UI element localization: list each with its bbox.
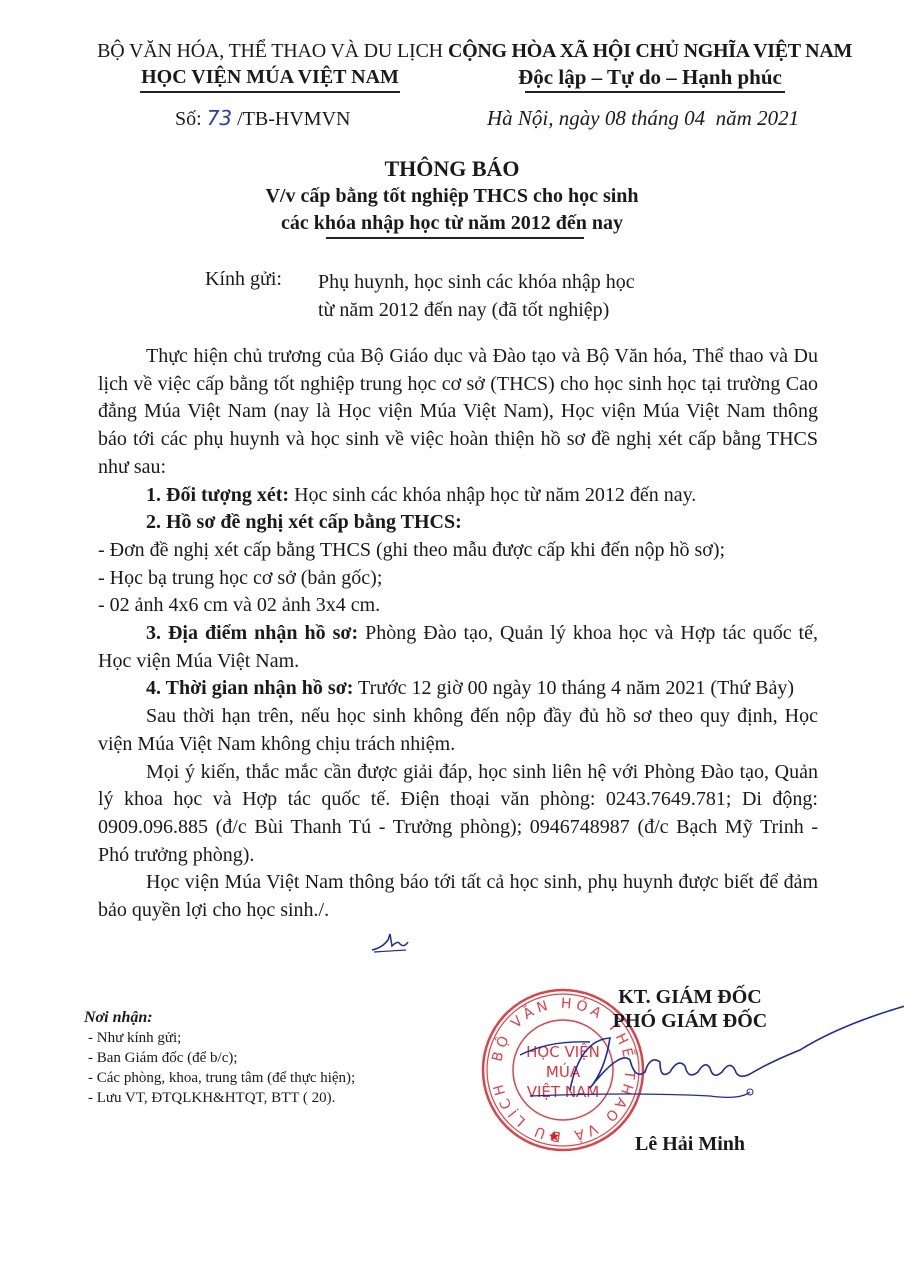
academy-name: HỌC VIỆN MÚA VIỆT NAM (80, 64, 460, 90)
header-left-divider (140, 91, 400, 93)
signer-name: Lê Hải Minh (590, 1133, 790, 1156)
document-subject-line-2: các khóa nhập học từ năm 2012 đến nay (0, 210, 904, 237)
document-number: Số: 73 /TB-HVMVN (175, 106, 350, 131)
requirement-item: - Đơn đề nghị xét cấp bằng THCS (ghi the… (98, 537, 818, 565)
document-title-block: THÔNG BÁO V/v cấp bằng tốt nghiệp THCS c… (0, 155, 904, 237)
recipient-item: - Lưu VT, ĐTQLKH&HTQT, BTT ( 20). (84, 1088, 355, 1108)
initials-mark (370, 930, 410, 954)
section-4-label: 4. Thời gian nhận hồ sơ: (146, 677, 353, 699)
closing-paragraph: Học viện Múa Việt Nam thông báo tới tất … (98, 869, 818, 924)
handwritten-signature (510, 1000, 904, 1110)
place-date: Hà Nội, ngày 08 tháng 04 năm 2021 (487, 106, 799, 131)
section-4-text: Trước 12 giờ 00 ngày 10 tháng 4 năm 2021… (353, 677, 794, 699)
section-2-label: 2. Hồ sơ đề nghị xét cấp bằng THCS: (98, 509, 818, 537)
doc-number-suffix: /TB-HVMVN (237, 108, 350, 130)
header-right-divider (525, 91, 785, 93)
recipients-heading: Nơi nhận: (84, 1008, 355, 1028)
subject-underline (326, 237, 584, 239)
addressee: Phụ huynh, học sinh các khóa nhập học từ… (318, 268, 738, 324)
after-deadline-paragraph: Sau thời hạn trên, nếu học sinh không đế… (98, 703, 818, 758)
addressee-line-1: Phụ huynh, học sinh các khóa nhập học (318, 268, 738, 296)
ministry-name: BỘ VĂN HÓA, THỂ THAO VÀ DU LỊCH (80, 38, 460, 64)
section-1-label: 1. Đối tượng xét: (146, 484, 289, 506)
issuing-authority: BỘ VĂN HÓA, THỂ THAO VÀ DU LỊCH HỌC VIỆN… (80, 38, 460, 90)
requirement-item: - 02 ảnh 4x6 cm và 02 ảnh 3x4 cm. (98, 592, 818, 620)
svg-text:★: ★ (548, 1129, 561, 1145)
intro-paragraph: Thực hiện chủ trương của Bộ Giáo dục và … (98, 343, 818, 482)
doc-number-prefix: Số: (175, 108, 202, 130)
requirement-item: - Học bạ trung học cơ sở (bản gốc); (98, 565, 818, 593)
republic-name: CỘNG HÒA XÃ HỘI CHỦ NGHĨA VIỆT NAM (440, 38, 860, 64)
recipient-item: - Như kính gửi; (84, 1028, 355, 1048)
contact-paragraph: Mọi ý kiến, thắc mắc cần được giải đáp, … (98, 759, 818, 870)
section-1: 1. Đối tượng xét: Học sinh các khóa nhập… (98, 482, 818, 510)
addressee-label: Kính gửi: (205, 268, 282, 291)
section-3-label: 3. Địa điểm nhận hồ sơ: (146, 622, 358, 644)
addressee-line-2: từ năm 2012 đến nay (đã tốt nghiệp) (318, 296, 738, 324)
section-3: 3. Địa điểm nhận hồ sơ: Phòng Đào tạo, Q… (98, 620, 818, 675)
recipient-item: - Các phòng, khoa, trung tâm (để thực hi… (84, 1068, 355, 1088)
document-body: Thực hiện chủ trương của Bộ Giáo dục và … (98, 343, 818, 925)
national-motto: Độc lập – Tự do – Hạnh phúc (440, 64, 860, 90)
recipients-block: Nơi nhận: - Như kính gửi; - Ban Giám đốc… (84, 1008, 355, 1108)
section-1-text: Học sinh các khóa nhập học từ năm 2012 đ… (289, 484, 696, 506)
recipient-item: - Ban Giám đốc (để b/c); (84, 1048, 355, 1068)
doc-number-handwritten: 73 (207, 106, 232, 130)
document-subject-line-1: V/v cấp bằng tốt nghiệp THCS cho học sin… (0, 183, 904, 210)
national-header: CỘNG HÒA XÃ HỘI CHỦ NGHĨA VIỆT NAM Độc l… (440, 38, 860, 90)
document-title: THÔNG BÁO (0, 155, 904, 183)
section-4: 4. Thời gian nhận hồ sơ: Trước 12 giờ 00… (98, 675, 818, 703)
